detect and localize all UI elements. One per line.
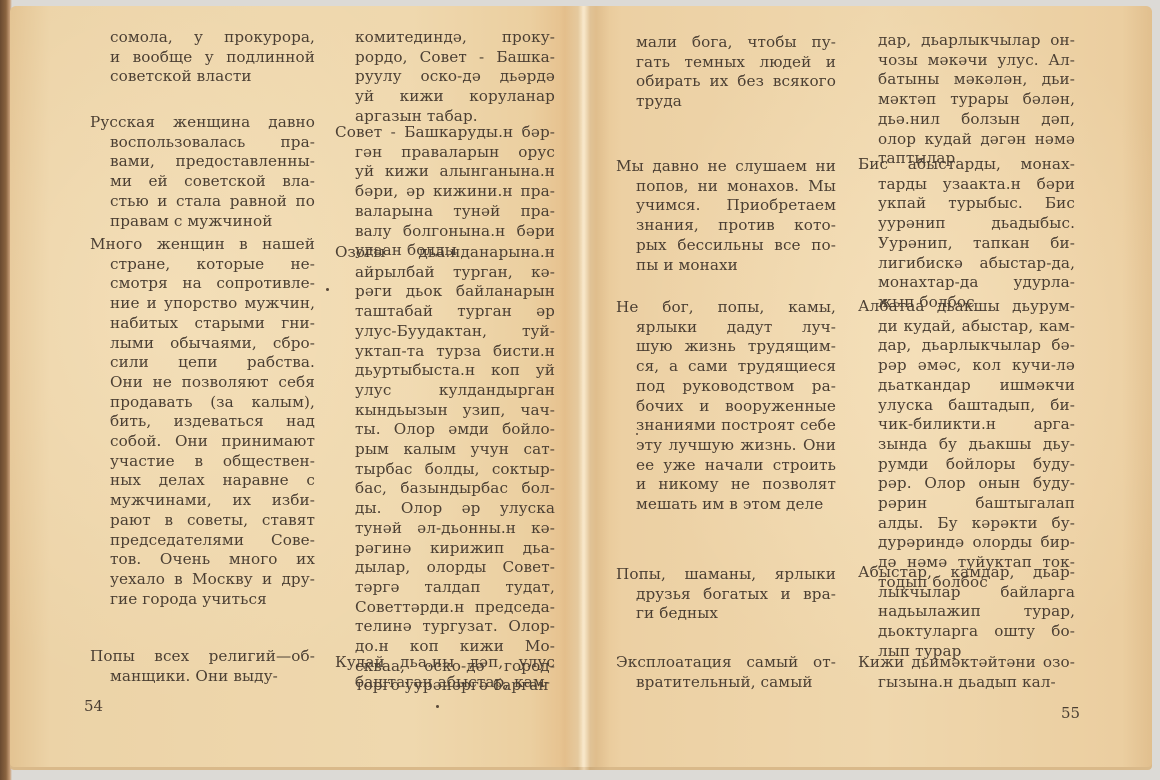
text-line: сомола, у прокурора, bbox=[110, 28, 315, 48]
paragraph: сомола, у прокурора,и вообще у подлинной… bbox=[110, 28, 315, 87]
text-line: учимся. Приобретаем bbox=[636, 196, 836, 216]
text-line: надьылажип турар, bbox=[878, 602, 1075, 622]
text-line: мали бога, чтобы пу- bbox=[636, 33, 836, 53]
text-line: тырбас болды, соктыр- bbox=[355, 460, 555, 480]
text-line: гать темных людей и bbox=[636, 53, 836, 73]
text-line: Озогы дьа.нданарына.н bbox=[335, 243, 555, 263]
text-line: собой. Они принимают bbox=[110, 432, 315, 452]
text-line: гие города учиться bbox=[110, 590, 315, 610]
text-line: ги бедных bbox=[636, 604, 836, 624]
text-line: мәктәп турары бәлән, bbox=[878, 90, 1075, 110]
text-line: Албатаа дьакшы дьурум- bbox=[858, 297, 1075, 317]
text-line: правам с мужчиной bbox=[110, 212, 315, 232]
text-line: батыны мәкәлән, дьи- bbox=[878, 70, 1075, 90]
text-line: Попы, шаманы, ярлыки bbox=[616, 565, 836, 585]
text-line: кындьызын узип, чач- bbox=[355, 401, 555, 421]
text-line: Кудай дьа.ны дәп, улус bbox=[335, 653, 555, 673]
text-line: таштабай турган әр bbox=[355, 302, 555, 322]
text-line: набитых старыми гни- bbox=[110, 314, 315, 334]
paper-speck bbox=[326, 288, 329, 291]
paragraph: Абыстар, камдар, дьар-лыкчылар байларган… bbox=[878, 563, 1075, 662]
paragraph: Озогы дьа.нданарына.найрылбай турган, кә… bbox=[355, 243, 555, 696]
text-line: рордо, Совет - Башка- bbox=[355, 48, 555, 68]
text-line: рәр әмәс, кол кучи-лә bbox=[878, 356, 1075, 376]
text-line: председателями Сове- bbox=[110, 531, 315, 551]
text-line: рәгинә кирижип дьа- bbox=[355, 539, 555, 559]
text-line: Бис абыстарды, монах- bbox=[858, 155, 1075, 175]
text-line: бить, издеваться над bbox=[110, 412, 315, 432]
text-line: ние и упорство мужчин, bbox=[110, 294, 315, 314]
paragraph: мали бога, чтобы пу-гать темных людей ио… bbox=[636, 33, 836, 112]
text-line: Уурәнип, тапкан би- bbox=[878, 234, 1075, 254]
text-line: ди кудай, абыстар, кам- bbox=[878, 317, 1075, 337]
text-line: Не бог, попы, камы, bbox=[616, 298, 836, 318]
text-line: дар, дьарлыкчылар бә- bbox=[878, 336, 1075, 356]
text-line: айрылбай турган, кә- bbox=[355, 263, 555, 283]
text-line: сили цепи рабства. bbox=[110, 353, 315, 373]
text-line: ты. Олор әмди бойло- bbox=[355, 420, 555, 440]
text-line: Совет - Башкаруды.н бәр- bbox=[335, 123, 555, 143]
paragraph: Русская женщина давновоспользовалась пра… bbox=[110, 113, 315, 231]
text-line: ее уже начали строить bbox=[636, 456, 836, 476]
text-line: эту лучшую жизнь. Они bbox=[636, 436, 836, 456]
paragraph: Не бог, попы, камы,ярлыки дадут луч-шую … bbox=[636, 298, 836, 515]
text-line: лыми обычаями, сбро- bbox=[110, 334, 315, 354]
text-line: улус кулдандырган bbox=[355, 381, 555, 401]
paragraph: Албатаа дьакшы дьурум-ди кудай, абыстар,… bbox=[878, 297, 1075, 593]
text-line: Эксплоатация самый от- bbox=[616, 653, 836, 673]
text-line: вратительный, самый bbox=[636, 673, 836, 693]
text-line: шую жизнь трудящим- bbox=[636, 337, 836, 357]
page-number-left: 54 bbox=[84, 697, 103, 715]
text-line: рают в советы, ставят bbox=[110, 511, 315, 531]
text-line: мужчинами, их изби- bbox=[110, 491, 315, 511]
text-line: уктап-та турза бисти.н bbox=[355, 342, 555, 362]
paragraph: Много женщин в нашейстране, которые не-с… bbox=[110, 235, 315, 609]
text-line: рәрин баштыгалап bbox=[878, 494, 1075, 514]
text-line: Мы давно не слушаем ни bbox=[616, 157, 836, 177]
text-line: пы и монахи bbox=[636, 256, 836, 276]
page-number-right: 55 bbox=[1061, 704, 1080, 722]
text-line: укпай турыбыс. Бис bbox=[878, 194, 1075, 214]
text-line: мешать им в этом деле bbox=[636, 495, 836, 515]
text-line: дьоктуларга ошту бо- bbox=[878, 622, 1075, 642]
paper-speck bbox=[436, 705, 439, 708]
text-line: рых бессильны все по- bbox=[636, 236, 836, 256]
text-line: воспользовалась пра- bbox=[110, 133, 315, 153]
paragraph: Совет - Башкаруды.н бәр-гән праваларын о… bbox=[355, 123, 555, 261]
text-line: труда bbox=[636, 92, 836, 112]
text-line: Они не позволяют себя bbox=[110, 373, 315, 393]
text-line: и никому не позволят bbox=[636, 475, 836, 495]
text-line: ярлыки дадут луч- bbox=[636, 318, 836, 338]
text-line: улуска баштадып, би- bbox=[878, 396, 1075, 416]
paragraph: Эксплоатация самый от-вратительный, самы… bbox=[636, 653, 836, 692]
text-line: Кижи дьимәктәйтәни озо- bbox=[858, 653, 1075, 673]
text-line: смотря на сопротивле- bbox=[110, 274, 315, 294]
text-line: рәр. Олор онын буду- bbox=[878, 474, 1075, 494]
text-line: тәргә талдап тудат, bbox=[355, 578, 555, 598]
text-line: и вообще у подлинной bbox=[110, 48, 315, 68]
text-line: продавать (за калым), bbox=[110, 393, 315, 413]
text-line: тов. Очень много их bbox=[110, 550, 315, 570]
paragraph: дар, дьарлыкчылар он-чозы мәкәчи улус. А… bbox=[878, 31, 1075, 169]
text-line: уй кижи коруланар bbox=[355, 87, 555, 107]
text-line: лыкчылар байларга bbox=[878, 583, 1075, 603]
paragraph: Мы давно не слушаем нипопов, ни монахов.… bbox=[636, 157, 836, 275]
text-line: зында бу дьакшы дьу- bbox=[878, 435, 1075, 455]
paragraph: Кудай дьа.ны дәп, улусбаштаган абыстар, … bbox=[355, 653, 555, 692]
text-line: баштаган абыстар, кам- bbox=[355, 673, 555, 693]
text-line: Попы всех религий—об- bbox=[90, 647, 315, 667]
text-line: бочих и вооруженные bbox=[636, 397, 836, 417]
text-line: гән праваларын орус bbox=[355, 143, 555, 163]
text-line: гызына.н дьадып кал- bbox=[878, 673, 1075, 693]
text-line: Абыстар, камдар, дьар- bbox=[858, 563, 1075, 583]
text-line: дар, дьарлыкчылар он- bbox=[878, 31, 1075, 51]
text-line: дьә.нил болзын дәп, bbox=[878, 110, 1075, 130]
text-line: уй кижи алынганына.н bbox=[355, 162, 555, 182]
text-line: ся, а сами трудящиеся bbox=[636, 357, 836, 377]
text-line: олор кудай дәгән нәмә bbox=[878, 130, 1075, 150]
text-line: рым калым учун сат- bbox=[355, 440, 555, 460]
paragraph: Бис абыстарды, монах-тарды узаакта.н бәр… bbox=[878, 155, 1075, 313]
text-line: манщики. Они выду- bbox=[110, 667, 315, 687]
text-line: чик-биликти.н арга- bbox=[878, 415, 1075, 435]
text-line: дурәриндә олорды бир- bbox=[878, 533, 1075, 553]
text-line: руулу оско-дә дьәрдә bbox=[355, 67, 555, 87]
text-line: ных делах наравне с bbox=[110, 471, 315, 491]
text-line: обирать их без всякого bbox=[636, 72, 836, 92]
text-line: улус-Буудактан, туй- bbox=[355, 322, 555, 342]
paragraph: комитединдә, проку-рордо, Совет - Башка-… bbox=[355, 28, 555, 127]
text-line: тунәй әл-дьонны.н кә- bbox=[355, 519, 555, 539]
text-line: бәри, әр кижини.н пра- bbox=[355, 182, 555, 202]
text-line: попов, ни монахов. Мы bbox=[636, 177, 836, 197]
paragraph: Кижи дьимәктәйтәни озо-гызына.н дьадып к… bbox=[878, 653, 1075, 692]
text-line: монахтар-да удурла- bbox=[878, 273, 1075, 293]
text-line: знания, против кото- bbox=[636, 216, 836, 236]
text-line: Русская женщина давно bbox=[90, 113, 315, 133]
text-line: ды. Олор әр улуска bbox=[355, 499, 555, 519]
text-line: уехало в Москву и дру- bbox=[110, 570, 315, 590]
text-line: друзья богатых и вра- bbox=[636, 585, 836, 605]
text-line: стране, которые не- bbox=[110, 255, 315, 275]
paragraph: Попы всех религий—об-манщики. Они выду- bbox=[110, 647, 315, 686]
text-line: вами, предоставленны- bbox=[110, 152, 315, 172]
text-line: валарына тунәй пра- bbox=[355, 202, 555, 222]
paragraph: Попы, шаманы, ярлыкидрузья богатых и вра… bbox=[636, 565, 836, 624]
text-line: тарды узаакта.н бәри bbox=[878, 175, 1075, 195]
text-line: телинә тургузат. Олор- bbox=[355, 617, 555, 637]
text-line: бас, базындырбас бол- bbox=[355, 479, 555, 499]
text-line: Советтәрди.н председа- bbox=[355, 598, 555, 618]
text-line: стью и стала равной по bbox=[110, 192, 315, 212]
text-line: румди бойлоры буду- bbox=[878, 455, 1075, 475]
text-line: участие в обществен- bbox=[110, 452, 315, 472]
text-line: дьаткандар ишмәкчи bbox=[878, 376, 1075, 396]
text-line: чозы мәкәчи улус. Ал- bbox=[878, 51, 1075, 71]
text-line: комитединдә, проку- bbox=[355, 28, 555, 48]
text-line: уурәнип дьадыбыс. bbox=[878, 214, 1075, 234]
open-book: сомола, у прокурора,и вообще у подлинной… bbox=[0, 0, 1160, 780]
text-line: алды. Бу кәрәкти бу- bbox=[878, 514, 1075, 534]
text-line: ми ей советской вла- bbox=[110, 172, 315, 192]
text-line: валу болгонына.н бәри bbox=[355, 222, 555, 242]
text-line: под руководством ра- bbox=[636, 377, 836, 397]
text-line: Много женщин в нашей bbox=[90, 235, 315, 255]
text-line: советской власти bbox=[110, 67, 315, 87]
text-line: дьуртыбыста.н коп уй bbox=[355, 361, 555, 381]
text-line: знаниями построят себе bbox=[636, 416, 836, 436]
paper-speck bbox=[636, 433, 638, 435]
text-line: рәги дьок байланарын bbox=[355, 282, 555, 302]
text-line: дылар, олорды Совет- bbox=[355, 558, 555, 578]
text-line: лигибискә абыстар-да, bbox=[878, 254, 1075, 274]
